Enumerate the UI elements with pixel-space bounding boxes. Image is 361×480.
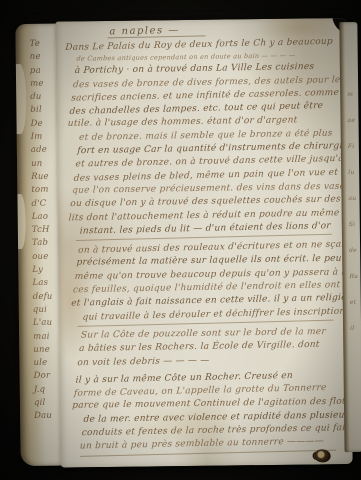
- next-page-text-fragments: maeFiluauSideRuetil: [347, 82, 361, 342]
- page-edge-fragment: Si: [349, 212, 361, 238]
- page-edge-fragment: il: [350, 316, 361, 342]
- page-edge-fragment: et: [350, 290, 361, 316]
- page-edge-fragment: ae: [347, 108, 359, 134]
- page-edge-fragment: Fi: [348, 134, 360, 160]
- wax-blob: [315, 449, 331, 462]
- photo-background: TenepamedubilDeImadeunRuetomd'CLaoTcHTab…: [0, 0, 361, 480]
- page-edge-fragment: lu: [348, 160, 360, 186]
- manuscript-page: a naples — Dans Le Palais du Roy de deux…: [55, 18, 352, 468]
- page-edge-fragment: Ru: [349, 264, 361, 290]
- page-edge-fragment: m: [347, 82, 359, 108]
- page-heading: a naples —: [107, 24, 206, 38]
- page-edge-fragment: de: [349, 238, 361, 264]
- manuscript-text: Dans Le Palais du Roy de deux forts le C…: [68, 36, 348, 458]
- page-edge-fragment: au: [348, 186, 360, 212]
- manuscript-book: TenepamedubilDeImadeunRuetomd'CLaoTcHTab…: [13, 8, 361, 474]
